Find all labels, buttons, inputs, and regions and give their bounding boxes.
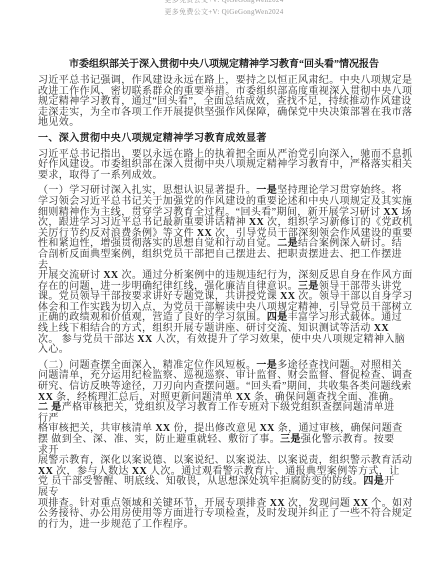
text-line: 合剖析反面典型案例，组织党员干部把自己摆进去、把职责摆进去、把工作摆进去， xyxy=(38,250,416,271)
paragraph: （一）学习研讨深入扎实，思想认识显著提升。一是坚持理论学习贯穿始终。将学习领会习… xyxy=(38,186,416,356)
paragraph: （二）问题查摆全面深入，精准定位作风短板。一是多途径查找问题。对照相关问题清单，… xyxy=(38,361,416,531)
text-line: 一、深入贯彻中央八项规定精神学习教育成效显著 xyxy=(38,134,416,145)
text-line: 入心。 xyxy=(38,345,416,356)
text-line: 地见效。 xyxy=(38,118,416,129)
text-line: 党 员干部受警醒、明底线、知敬畏，从思想深处筑牢拒腐防变的防线。四是开 xyxy=(38,477,416,488)
text-line: 的行为，进一步规范了工作程序。 xyxy=(38,520,416,531)
paragraph: 习近平总书记强调，作风建设永远在路上，要持之以恒正风肃纪。中央八项规定是改进工作… xyxy=(38,76,416,129)
watermark: 更多免费公文+V: QiGeGongWen2024 更多免费公文+V: QiGe… xyxy=(0,0,448,18)
text-line: 走深走实，为全市各项工作开展提供坚强作风保障，确保党中央决策部署在我市落 xyxy=(38,108,416,119)
section-heading: 一、深入贯彻中央八项规定精神学习教育成效显著 xyxy=(38,134,416,145)
document-page: 更多免费公文+V: QiGeGongWen2024 更多免费公文+V: QiGe… xyxy=(0,0,448,574)
watermark-line: 更多免费公文+V: QiGeGongWen2024 xyxy=(0,6,448,18)
text-line: 要求，取得了一系列成效。 xyxy=(38,171,416,182)
text-line: 次。 参与党员干部达 XX 人次，有效提升了学习效果，使中央八项规定精神入脑 xyxy=(38,335,416,346)
document-body: 习近平总书记强调，作风建设永远在路上，要持之以恒正风肃纪。中央八项规定是改进工作… xyxy=(38,76,416,530)
paragraph: 习近平总书记指出，要以永远在路上的执着把全面从严治党引向深入，驰而不息抓好作风建… xyxy=(38,150,416,182)
document-title: 市委组织部关于深入贯彻中央八项规定精神学习教育“回头看”情况报告 xyxy=(30,58,418,71)
text-line: 二 是严格审核把关，党组织及学习教育工作专班对下级党组织查摆问题清单进 xyxy=(38,403,416,414)
text-line: 摆 做到全、深、准、实，防止避重就轻、敷衍了事。三是强化警示教育。按要 xyxy=(38,435,416,446)
